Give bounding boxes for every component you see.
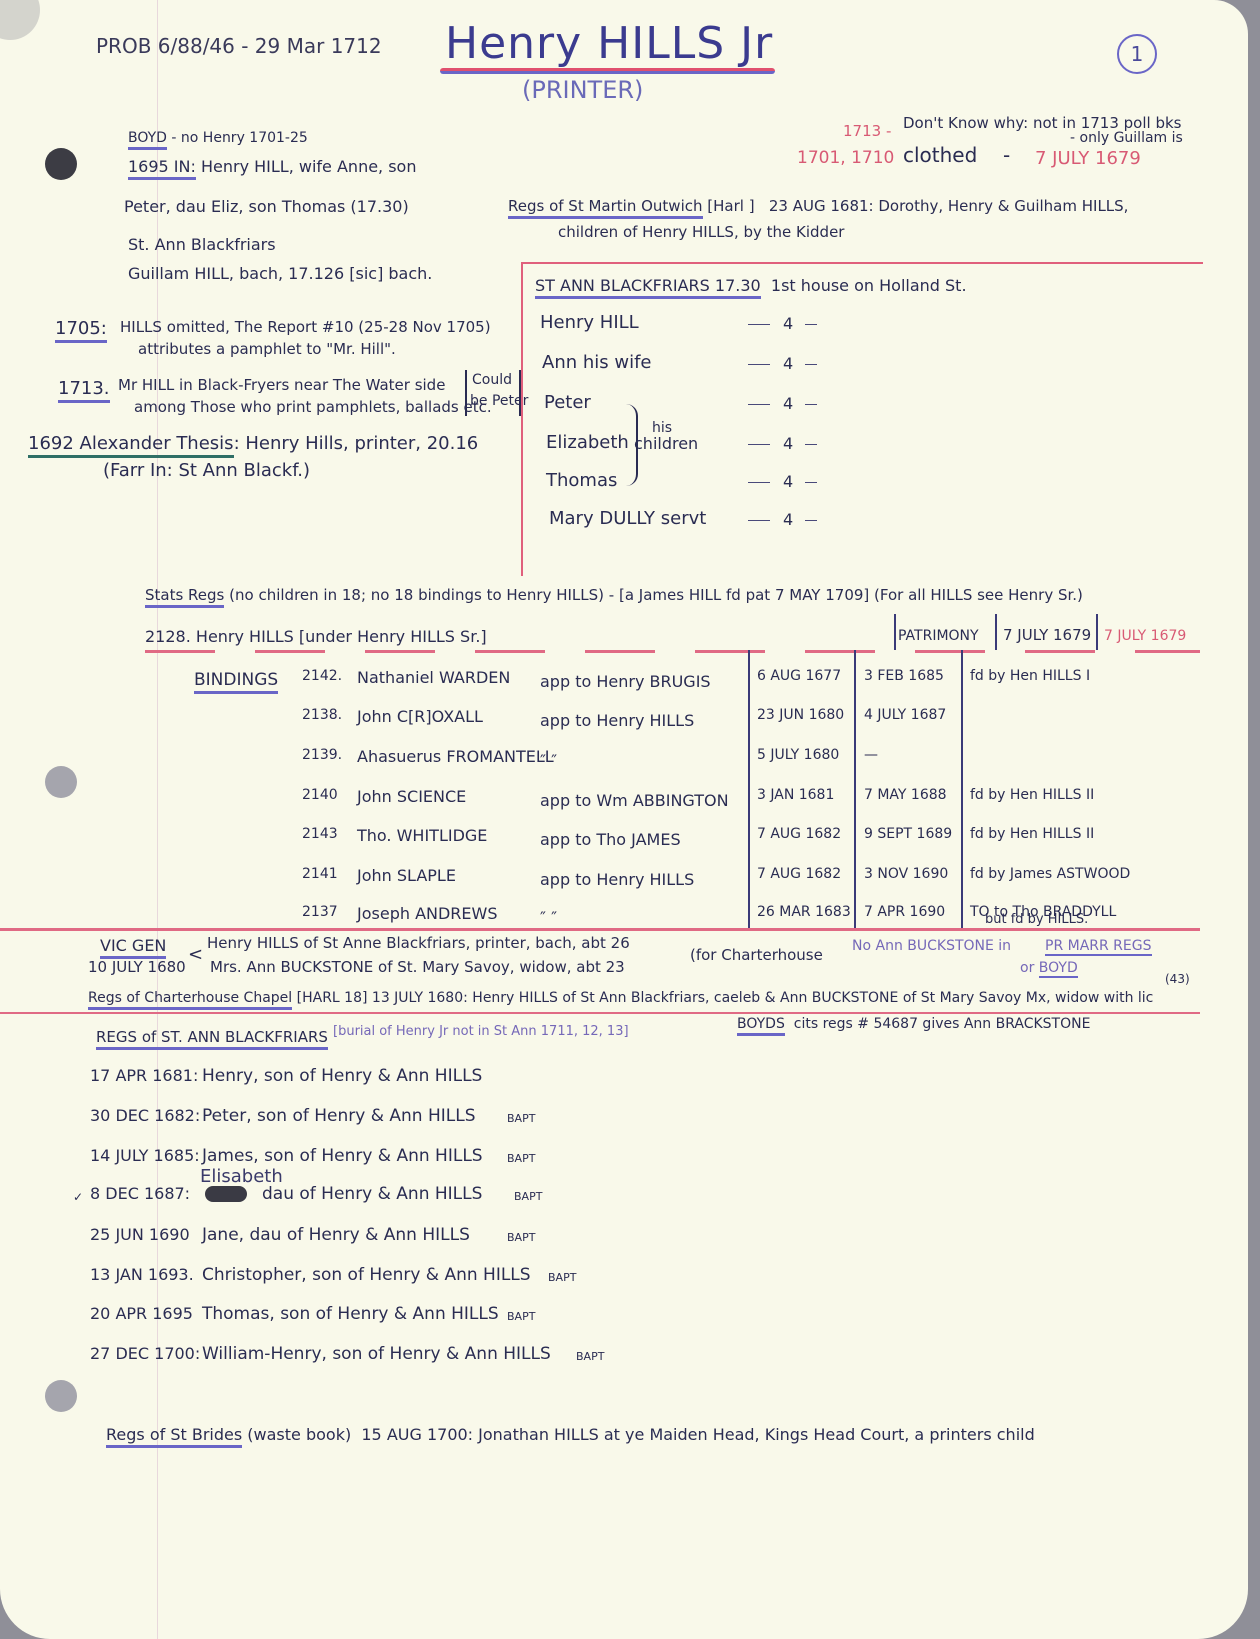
household-member-name: Ann his wife xyxy=(542,352,652,373)
pr-marr-regs-link: PR MARR REGS xyxy=(1045,938,1152,956)
binding-bound: 7 AUG 1682 xyxy=(757,826,841,842)
binding-num: 2138. xyxy=(302,707,342,723)
page-title: Henry HILLS Jr xyxy=(445,18,773,69)
baptism-text: William-Henry, son of Henry & Ann HILLS xyxy=(202,1344,551,1364)
stats-entry-note: [under Henry HILLS Sr.] xyxy=(299,627,487,646)
st-brides-text: 15 AUG 1700: Jonathan HILLS at ye Maiden… xyxy=(361,1425,1034,1444)
household-member-value: 4 xyxy=(783,314,793,333)
baptism-tag: BAPT xyxy=(576,1350,604,1363)
stats-regs-label: Stats Regs xyxy=(145,586,224,608)
binding-name: John SCIENCE xyxy=(357,787,466,806)
elisabeth-correction: Elisabeth xyxy=(200,1166,283,1187)
st-martin-label: Regs of St Martin Outwich xyxy=(508,197,703,219)
archive-reference: PROB 6/88/46 - 29 Mar 1712 xyxy=(96,34,382,58)
baptism-date: 27 DEC 1700: xyxy=(90,1344,200,1363)
dash-mark xyxy=(805,324,817,325)
household-member-value: 4 xyxy=(783,434,793,453)
baptism-date: 17 APR 1681: xyxy=(90,1066,198,1085)
binding-name: Joseph ANDREWS xyxy=(357,904,498,923)
dash-mark xyxy=(805,482,817,483)
page-subtitle: (PRINTER) xyxy=(522,76,643,104)
binding-bound: 23 JUN 1680 xyxy=(757,707,844,723)
baptism-tag: BAPT xyxy=(507,1112,535,1125)
binding-master: app to Henry BRUGIS xyxy=(540,672,711,691)
alexander-text: : Henry Hills, printer, 20.16 xyxy=(234,433,479,454)
binder-hole-icon xyxy=(45,766,77,798)
year-1705-line-2: attributes a pamphlet to "Mr. Hill". xyxy=(138,340,396,358)
age-note: (43) xyxy=(1165,972,1190,986)
only-guillam-note: - only Guillam is xyxy=(1070,130,1183,146)
page-number-badge: 1 xyxy=(1117,34,1157,74)
st-ann-regs-label: REGS of ST. ANN BLACKFRIARS xyxy=(96,1028,328,1050)
column-divider xyxy=(1096,614,1098,650)
st-ann-burial-note: [burial of Henry Jr not in St Ann 1711, … xyxy=(333,1024,629,1039)
st-brides-note: (waste book) xyxy=(247,1425,351,1444)
binding-bound: 5 JULY 1680 xyxy=(757,747,839,763)
binding-freed: 7 APR 1690 xyxy=(864,904,945,920)
vic-gen-label: VIC GEN xyxy=(100,936,166,959)
baptism-date: 8 DEC 1687: xyxy=(90,1184,190,1203)
for-charterhouse-note: (for Charterhouse xyxy=(690,946,823,964)
binding-master: app to Henry HILLS xyxy=(540,870,694,889)
census-line-3: St. Ann Blackfriars xyxy=(128,235,276,254)
binding-note: fd by Hen HILLS II xyxy=(970,787,1094,803)
household-member-value: 4 xyxy=(783,510,793,529)
dash-mark xyxy=(805,364,817,365)
baptism-tag: BAPT xyxy=(507,1231,535,1244)
years-red: 1701, 1710 xyxy=(797,148,894,168)
binding-num: 2140 xyxy=(302,787,338,803)
charterhouse-label: Regs of Charterhouse Chapel xyxy=(88,990,292,1010)
baptism-text: Thomas, son of Henry & Ann HILLS xyxy=(202,1304,499,1324)
binding-freed: — xyxy=(864,747,878,763)
baptism-text: James, son of Henry & Ann HILLS xyxy=(202,1146,483,1166)
patrimony-label: PATRIMONY xyxy=(898,628,979,644)
could-be-line-1: Could xyxy=(472,372,512,388)
year-1713-line-1: Mr HILL in Black-Fryers near The Water s… xyxy=(118,376,445,394)
household-heading-note: 1st house on Holland St. xyxy=(771,276,967,295)
charterhouse-bracket: [HARL 18] xyxy=(297,990,368,1006)
household-member-name: Thomas xyxy=(546,470,617,491)
column-divider xyxy=(995,614,997,650)
binding-bound: 6 AUG 1677 xyxy=(757,668,841,684)
stats-entry-num: 2128. xyxy=(145,627,191,646)
binding-master: ″ ″ xyxy=(540,908,557,927)
patrimony-date-red: 7 JULY 1679 xyxy=(1104,628,1186,644)
charterhouse-text: 13 JULY 1680: Henry HILLS of St Ann Blac… xyxy=(372,990,1153,1006)
baptism-tag: BAPT xyxy=(548,1271,576,1284)
dash-mark xyxy=(805,444,817,445)
binding-name: John SLAPLE xyxy=(357,866,456,885)
binding-num: 2137 xyxy=(302,904,338,920)
census-label: 1695 IN: xyxy=(128,157,196,180)
stats-entry-name: Henry HILLS xyxy=(196,627,294,646)
column-divider xyxy=(894,614,896,650)
clothed-dash: - xyxy=(1003,143,1010,167)
binding-freed: 9 SEPT 1689 xyxy=(864,826,952,842)
binder-hole-icon xyxy=(45,1380,77,1412)
stats-regs-note: (no children in 18; no 18 bindings to He… xyxy=(229,586,614,604)
binding-name: Nathaniel WARDEN xyxy=(357,668,510,687)
binder-hole-icon xyxy=(45,148,77,180)
st-martin-line-2: children of Henry HILLS, by the Kidder xyxy=(558,223,844,241)
st-martin-line-1: 23 AUG 1681: Dorothy, Henry & Guilham HI… xyxy=(769,197,1129,215)
or-label: or xyxy=(1020,960,1034,976)
boyds-text: cits regs # 54687 gives Ann BRACKSTONE xyxy=(794,1016,1091,1032)
baptism-text: Peter, son of Henry & Ann HILLS xyxy=(202,1106,476,1126)
year-1713-line-2: among Those who print pamphlets, ballads… xyxy=(134,398,492,416)
binding-num: 2139. xyxy=(302,747,342,763)
binding-bound: 26 MAR 1683 xyxy=(757,904,851,920)
dash-mark xyxy=(748,404,770,405)
st-martin-bracket: [Harl ] xyxy=(707,197,754,215)
st-brides-label: Regs of St Brides xyxy=(106,1425,242,1448)
boyd-label: BOYD xyxy=(128,130,167,150)
household-member-value: 4 xyxy=(783,472,793,491)
no-ann-buckstone-note: No Ann BUCKSTONE in xyxy=(852,938,1011,954)
baptism-date: 30 DEC 1682: xyxy=(90,1106,200,1125)
dash-mark xyxy=(805,520,817,521)
section-divider xyxy=(0,928,1200,931)
binding-bound: 7 AUG 1682 xyxy=(757,866,841,882)
baptism-tag: BAPT xyxy=(507,1310,535,1323)
baptism-date: 25 JUN 1690 xyxy=(90,1225,190,1244)
bindings-last-note: but fd by HILLS. xyxy=(985,912,1088,927)
clothed-date: 7 JULY 1679 xyxy=(1035,148,1141,169)
binding-name: Ahasuerus FROMANTELL xyxy=(357,747,554,766)
baptism-date: 13 JAN 1693. xyxy=(90,1265,194,1284)
vic-gen-date: 10 JULY 1680 xyxy=(88,958,186,976)
vic-gen-line-1: Henry HILLS of St Anne Blackfriars, prin… xyxy=(207,934,630,952)
binding-name: John C[R]OXALL xyxy=(357,707,483,726)
binding-num: 2142. xyxy=(302,668,342,684)
binding-freed: 4 JULY 1687 xyxy=(864,707,946,723)
household-heading: ST ANN BLACKFRIARS 17.30 xyxy=(535,276,761,299)
binding-note: fd by Hen HILLS II xyxy=(970,826,1094,842)
binding-num: 2143 xyxy=(302,826,338,842)
household-member-name: Peter xyxy=(544,392,591,413)
baptism-date: 20 APR 1695 xyxy=(90,1304,193,1323)
dash-mark xyxy=(805,404,817,405)
household-member-value: 4 xyxy=(783,394,793,413)
bindings-column-divider xyxy=(854,650,856,928)
notebook-page: PROB 6/88/46 - 29 Mar 1712 Henry HILLS J… xyxy=(0,0,1248,1639)
boyd-text: - no Henry 1701-25 xyxy=(171,130,307,146)
section-divider xyxy=(0,1012,1200,1014)
bindings-column-divider xyxy=(748,650,750,928)
vic-gen-line-2: Mrs. Ann BUCKSTONE of St. Mary Savoy, wi… xyxy=(210,958,625,976)
binding-master: ″ ″ xyxy=(540,751,557,770)
binding-num: 2141 xyxy=(302,866,338,882)
binding-master: app to Tho JAMES xyxy=(540,830,681,849)
binding-freed: 3 NOV 1690 xyxy=(864,866,948,882)
boyd-link: BOYD xyxy=(1039,960,1078,978)
binding-freed: 7 MAY 1688 xyxy=(864,787,947,803)
bracket-arrow-icon: < xyxy=(188,944,203,965)
see-henry-sr-note: (For all HILLS see Henry Sr.) xyxy=(874,586,1083,604)
alexander-label: 1692 Alexander Thesis xyxy=(28,433,234,458)
baptism-text: Christopher, son of Henry & Ann HILLS xyxy=(202,1265,531,1285)
stats-underline xyxy=(145,650,1200,653)
dash-mark xyxy=(748,444,770,445)
household-member-name: Elizabeth xyxy=(546,432,629,453)
james-note: [a James HILL fd pat 7 MAY 1709] xyxy=(619,586,869,604)
patrimony-date: 7 JULY 1679 xyxy=(1003,626,1091,644)
binding-bound: 3 JAN 1681 xyxy=(757,787,834,803)
binding-note: fd by James ASTWOOD xyxy=(970,866,1130,882)
baptism-text: dau of Henry & Ann HILLS xyxy=(262,1184,482,1204)
binding-master: app to Henry HILLS xyxy=(540,711,694,730)
baptism-tag: BAPT xyxy=(514,1190,542,1203)
baptism-tag: BAPT xyxy=(507,1152,535,1165)
year-1705-label: 1705: xyxy=(55,318,107,343)
check-mark-icon: ✓ xyxy=(73,1190,83,1204)
binding-name: Tho. WHITLIDGE xyxy=(357,826,487,845)
clothed-label: clothed xyxy=(903,143,977,167)
baptism-text: Jane, dau of Henry & Ann HILLS xyxy=(202,1225,470,1245)
dash-mark xyxy=(748,364,770,365)
year-1713-label: 1713. xyxy=(58,378,110,403)
bindings-column-divider xyxy=(961,650,963,928)
could-be-line-2: be Peter xyxy=(470,393,528,409)
bindings-label: BINDINGS xyxy=(194,670,278,694)
household-member-value: 4 xyxy=(783,354,793,373)
baptism-date: 14 JULY 1685: xyxy=(90,1146,200,1165)
year-1713-note: 1713 - xyxy=(843,122,891,140)
year-1705-line-1: HILLS omitted, The Report #10 (25-28 Nov… xyxy=(120,318,491,336)
binding-freed: 3 FEB 1685 xyxy=(864,668,944,684)
household-member-name: Mary DULLY servt xyxy=(549,508,706,529)
household-member-name: Henry HILL xyxy=(540,312,639,333)
children-label-2: children xyxy=(634,434,698,453)
census-line-4: Guillam HILL, bach, 17.126 [sic] bach. xyxy=(128,264,432,283)
baptism-text: Henry, son of Henry & Ann HILLS xyxy=(202,1066,482,1086)
scribbled-out-icon xyxy=(205,1186,247,1202)
boyds-label: BOYDS xyxy=(737,1016,785,1036)
dash-mark xyxy=(748,520,770,521)
binding-note: fd by Hen HILLS I xyxy=(970,668,1090,684)
dash-mark xyxy=(748,482,770,483)
census-line-1: Henry HILL, wife Anne, son xyxy=(201,157,417,176)
title-underline xyxy=(440,68,775,74)
alexander-line-2: (Farr In: St Ann Blackf.) xyxy=(103,460,310,481)
census-line-2: Peter, dau Eliz, son Thomas (17.30) xyxy=(124,197,409,216)
binding-master: app to Wm ABBINGTON xyxy=(540,791,729,810)
dash-mark xyxy=(748,324,770,325)
